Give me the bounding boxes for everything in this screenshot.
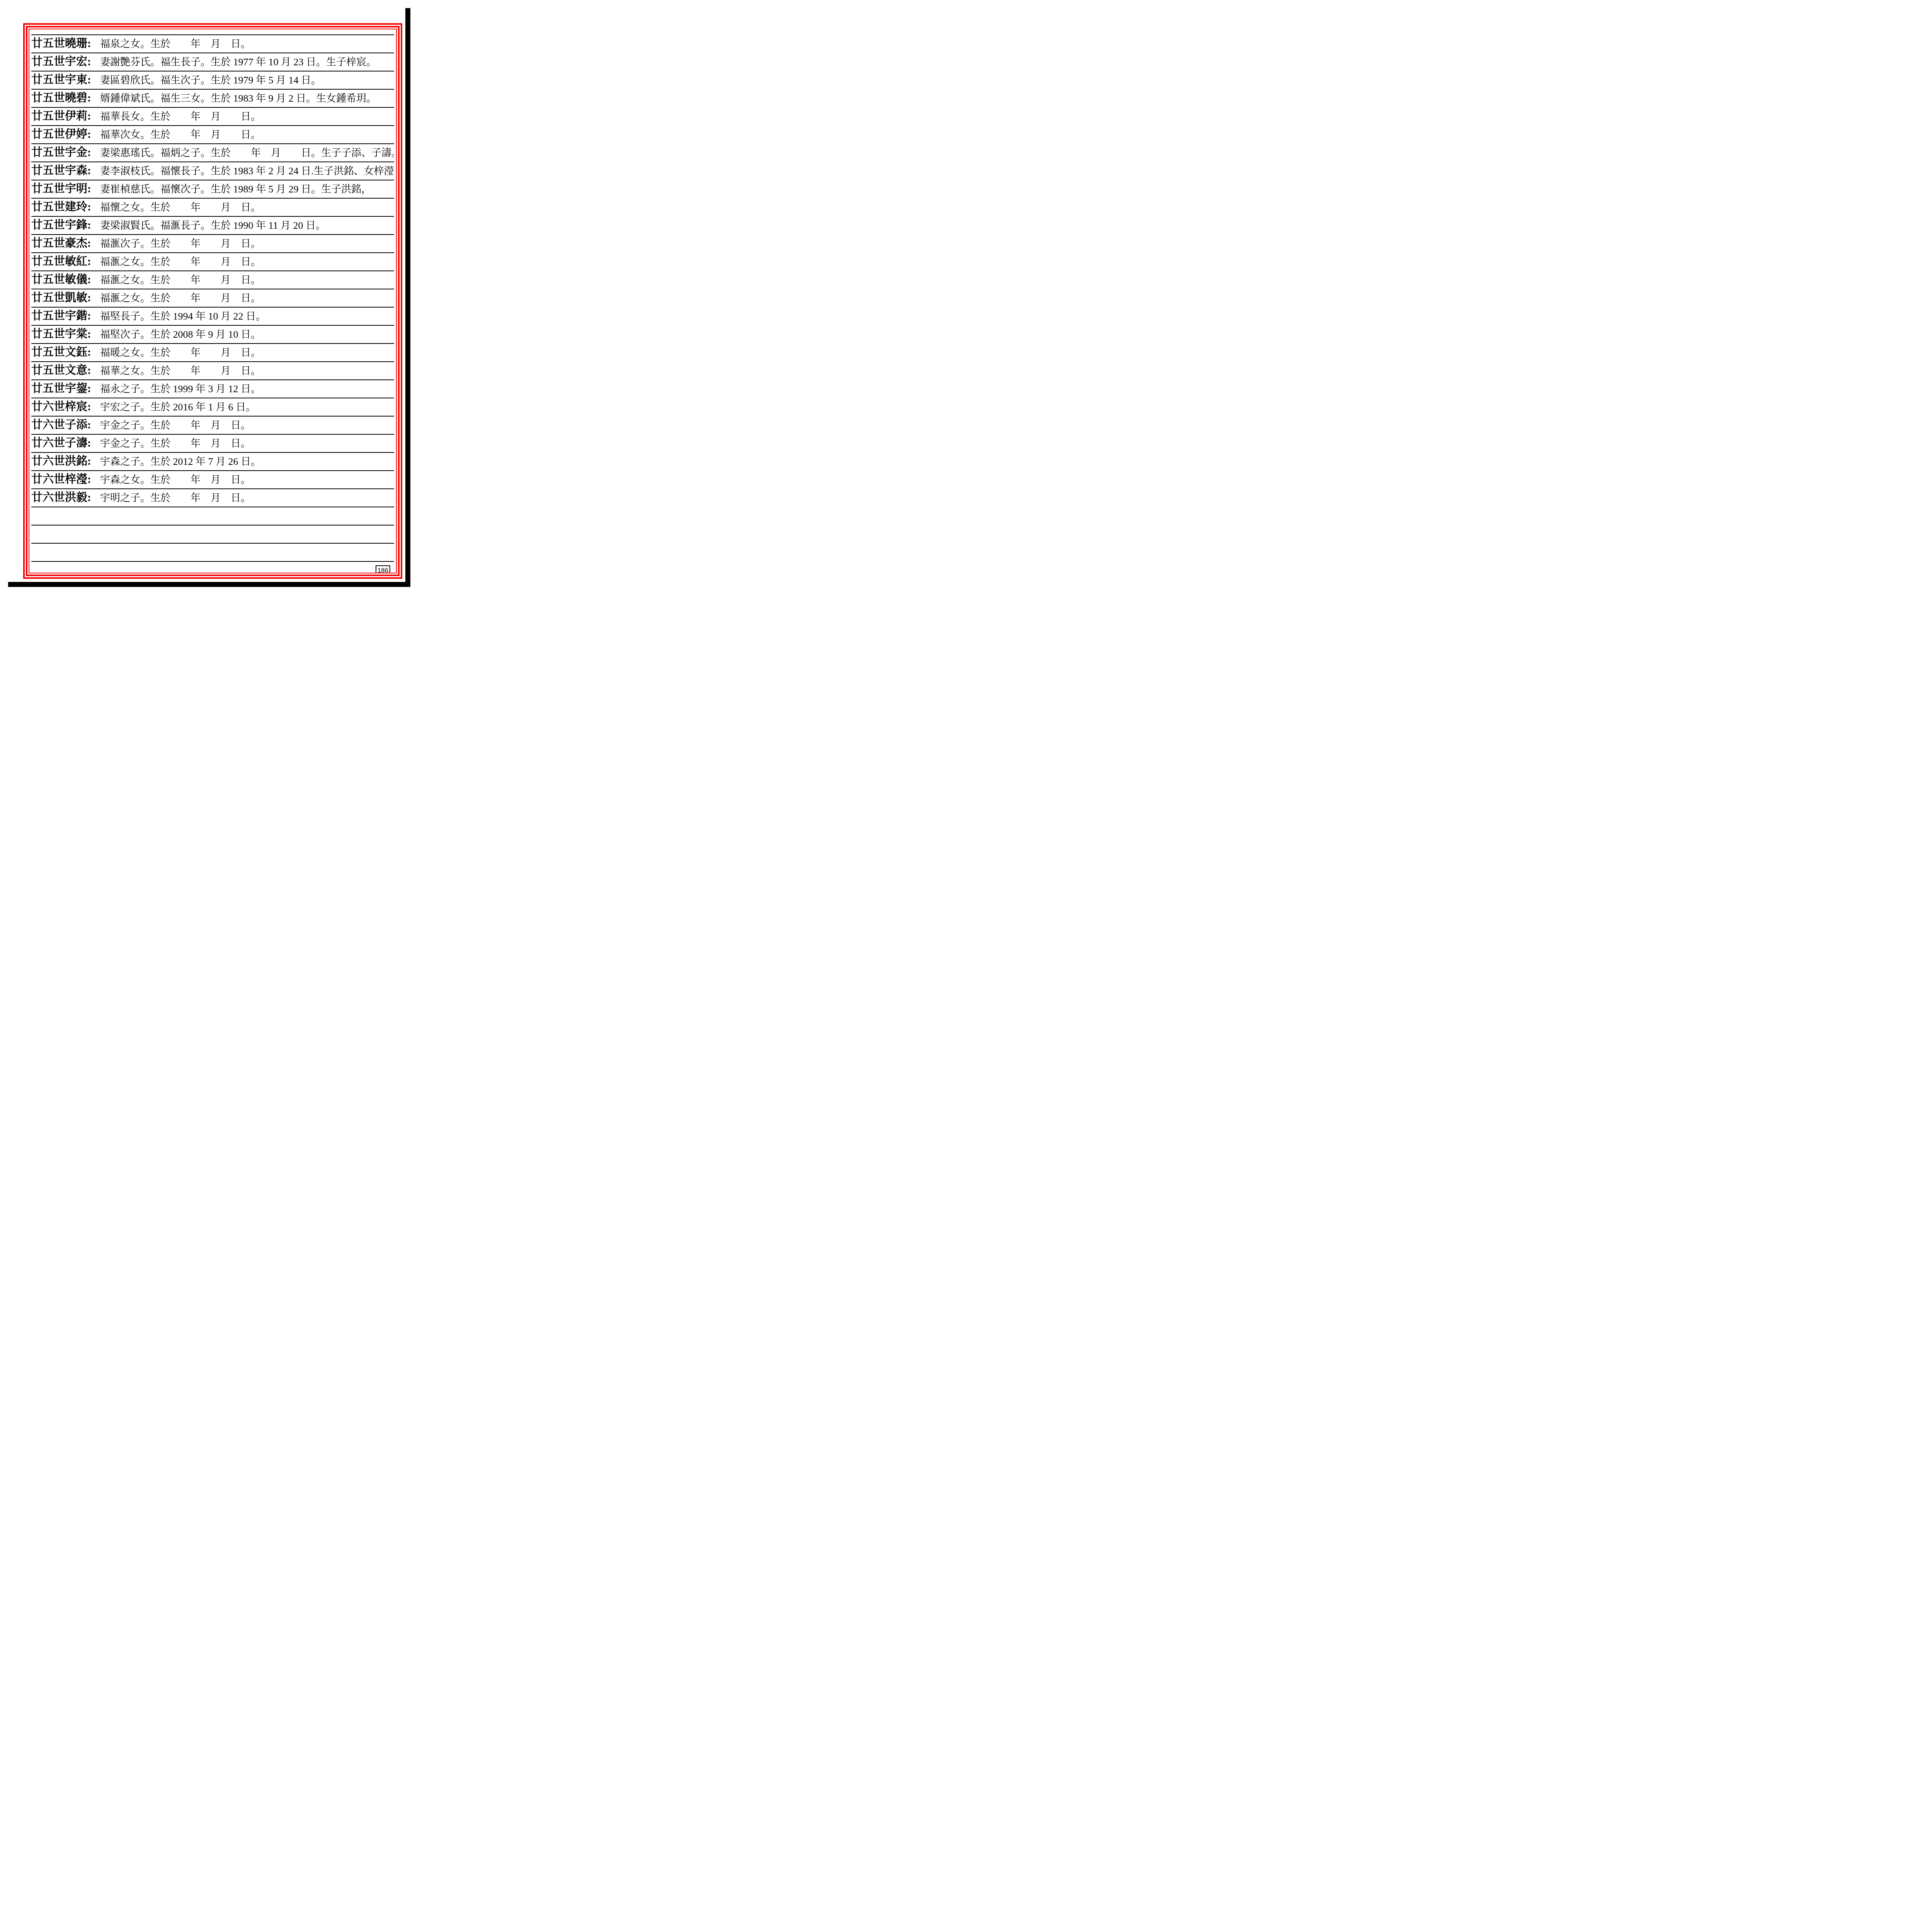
- table-row: 廿五世伊婷:福華次女。生於 年 月 日。: [31, 126, 394, 144]
- table-row: 廿六世洪毅:宇明之子。生於 年 月 日。: [31, 489, 394, 507]
- table-row: 廿五世宇明:妻崔楨慈氏。福懷次子。生於 1989 年 5 月 29 日。生子洪銘…: [31, 180, 394, 199]
- generation-name-label: 廿五世凱敏:: [31, 289, 100, 307]
- table-row: 廿五世文意:福華之女。生於 年 月 日。: [31, 362, 394, 380]
- genealogy-table: 廿五世曉珊:福泉之女。生於 年 月 日。廿五世宇宏:妻謝艷芬氏。福生長子。生於 …: [29, 29, 396, 573]
- table-row: 廿六世洪銘:宇森之子。生於 2012 年 7 月 26 日。: [31, 453, 394, 471]
- record-text: 福滙之女。生於 年 月 日。: [100, 289, 394, 307]
- red-frame-outer: 廿五世曉珊:福泉之女。生於 年 月 日。廿五世宇宏:妻謝艷芬氏。福生長子。生於 …: [23, 23, 402, 579]
- generation-name-label: 廿五世伊婷:: [31, 126, 100, 143]
- record-text: 福懷之女。生於 年 月 日。: [100, 199, 394, 216]
- record-text: 妻區碧欣氏。福生次子。生於 1979 年 5 月 14 日。: [100, 71, 394, 89]
- generation-name-label: 廿五世文鈺:: [31, 344, 100, 361]
- empty-table-row: [31, 507, 394, 526]
- generation-name-label: 廿五世宇鋒:: [31, 217, 100, 234]
- page-number-badge: 186: [376, 565, 390, 573]
- red-frame-inner: 廿五世曉珊:福泉之女。生於 年 月 日。廿五世宇宏:妻謝艷芬氏。福生長子。生於 …: [29, 29, 397, 573]
- record-text: 福滙之女。生於 年 月 日。: [100, 271, 394, 289]
- generation-name-label: 廿六世子濤:: [31, 435, 100, 452]
- table-row: 廿五世伊莉:福華長女。生於 年 月 日。: [31, 108, 394, 126]
- generation-name-label: 廿五世文意:: [31, 362, 100, 379]
- record-text: 福華次女。生於 年 月 日。: [100, 126, 394, 143]
- generation-name-label: 廿五世宇鍇:: [31, 308, 100, 325]
- record-text: 妻梁惠瑤氏。福炳之子。生於 年 月 日。生子子添、子濤。: [100, 144, 394, 162]
- record-text: 福華之女。生於 年 月 日。: [100, 362, 394, 379]
- table-row: 廿五世宇金:妻梁惠瑤氏。福炳之子。生於 年 月 日。生子子添、子濤。: [31, 144, 394, 162]
- generation-name-label: 廿六世梓宸:: [31, 398, 100, 416]
- generation-name-label: 廿五世豪杰:: [31, 235, 100, 252]
- generation-name-label: 廿五世伊莉:: [31, 108, 100, 125]
- table-row: 廿五世曉碧:婿鍾偉斌氏。福生三女。生於 1983 年 9 月 2 日。生女鍾希玥…: [31, 90, 394, 108]
- record-text: 宇金之子。生於 年 月 日。: [100, 435, 394, 452]
- table-row: 廿五世豪杰:福滙次子。生於 年 月 日。: [31, 235, 394, 253]
- generation-name-label: 廿六世子添:: [31, 417, 100, 434]
- record-text: 婿鍾偉斌氏。福生三女。生於 1983 年 9 月 2 日。生女鍾希玥。: [100, 90, 394, 107]
- table-row: 廿五世宇宏:妻謝艷芬氏。福生長子。生於 1977 年 10 月 23 日。生子梓…: [31, 53, 394, 71]
- record-text: 宇森之女。生於 年 月 日。: [100, 471, 394, 488]
- record-text: 宇金之子。生於 年 月 日。: [100, 417, 394, 434]
- generation-name-label: 廿五世宇鋆:: [31, 380, 100, 398]
- table-row: 廿六世梓宸:宇宏之子。生於 2016 年 1 月 6 日。: [31, 398, 394, 417]
- record-text: 福滙次子。生於 年 月 日。: [100, 235, 394, 252]
- generation-name-label: 廿五世宇明:: [31, 180, 100, 198]
- record-text: 妻梁淑賢氏。福滙長子。生於 1990 年 11 月 20 日。: [100, 217, 394, 234]
- generation-name-label: 廿五世敏紅:: [31, 253, 100, 270]
- genealogy-rows: 廿五世曉珊:福泉之女。生於 年 月 日。廿五世宇宏:妻謝艷芬氏。福生長子。生於 …: [31, 34, 394, 573]
- record-text: 福暖之女。生於 年 月 日。: [100, 344, 394, 361]
- record-text: 福堅長子。生於 1994 年 10 月 22 日。: [100, 308, 394, 325]
- table-row: 廿五世敏紅:福滙之女。生於 年 月 日。: [31, 253, 394, 271]
- generation-name-label: 廿五世宇東:: [31, 71, 100, 89]
- red-frame-middle: 廿五世曉珊:福泉之女。生於 年 月 日。廿五世宇宏:妻謝艷芬氏。福生長子。生於 …: [26, 26, 400, 576]
- generation-name-label: 廿六世洪毅:: [31, 489, 100, 507]
- record-text: 妻謝艷芬氏。福生長子。生於 1977 年 10 月 23 日。生子梓宸。: [100, 53, 394, 71]
- empty-table-row: [31, 526, 394, 544]
- table-row: 廿五世文鈺:福暖之女。生於 年 月 日。: [31, 344, 394, 362]
- record-text: 福泉之女。生於 年 月 日。: [100, 35, 394, 53]
- table-row: 廿六世子濤:宇金之子。生於 年 月 日。: [31, 435, 394, 453]
- table-row: 廿五世敏儀:福滙之女。生於 年 月 日。: [31, 271, 394, 289]
- table-row: 廿五世宇鍇:福堅長子。生於 1994 年 10 月 22 日。: [31, 308, 394, 326]
- generation-name-label: 廿五世宇金:: [31, 144, 100, 162]
- generation-name-label: 廿五世宇森:: [31, 162, 100, 180]
- table-row: 廿五世建玲:福懷之女。生於 年 月 日。: [31, 199, 394, 217]
- table-row: 廿五世宇鋆:福永之子。生於 1999 年 3 月 12 日。: [31, 380, 394, 398]
- table-row: 廿五世宇森:妻李淑枝氏。福懷長子。生於 1983 年 2 月 24 日.生子洪銘…: [31, 162, 394, 180]
- record-text: 妻李淑枝氏。福懷長子。生於 1983 年 2 月 24 日.生子洪銘、女梓瀅: [100, 162, 394, 180]
- generation-name-label: 廿五世建玲:: [31, 199, 100, 216]
- record-text: 福華長女。生於 年 月 日。: [100, 108, 394, 125]
- record-text: 宇明之子。生於 年 月 日。: [100, 489, 394, 507]
- generation-name-label: 廿五世宇宏:: [31, 53, 100, 71]
- generation-name-label: 廿五世曉珊:: [31, 35, 100, 53]
- record-text: 宇宏之子。生於 2016 年 1 月 6 日。: [100, 398, 394, 416]
- generation-name-label: 廿五世曉碧:: [31, 90, 100, 107]
- table-row: 廿六世梓瀅:宇森之女。生於 年 月 日。: [31, 471, 394, 489]
- table-row: 廿五世宇鋒:妻梁淑賢氏。福滙長子。生於 1990 年 11 月 20 日。: [31, 217, 394, 235]
- table-row: 廿六世子添:宇金之子。生於 年 月 日。: [31, 417, 394, 435]
- record-text: 福永之子。生於 1999 年 3 月 12 日。: [100, 380, 394, 398]
- generation-name-label: 廿六世梓瀅:: [31, 471, 100, 488]
- record-text: 妻崔楨慈氏。福懷次子。生於 1989 年 5 月 29 日。生子洪銘，: [100, 180, 394, 198]
- record-text: 宇森之子。生於 2012 年 7 月 26 日。: [100, 453, 394, 470]
- generation-name-label: 廿五世敏儀:: [31, 271, 100, 289]
- record-text: 福滙之女。生於 年 月 日。: [100, 253, 394, 270]
- scanned-page: 廿五世曉珊:福泉之女。生於 年 月 日。廿五世宇宏:妻謝艷芬氏。福生長子。生於 …: [3, 3, 405, 582]
- generation-name-label: 廿六世洪銘:: [31, 453, 100, 470]
- table-row: 廿五世凱敏:福滙之女。生於 年 月 日。: [31, 289, 394, 308]
- page-number-row: 186: [31, 562, 394, 573]
- empty-table-row: [31, 544, 394, 562]
- generation-name-label: 廿五世宇棠:: [31, 326, 100, 343]
- table-row: 廿五世宇棠:福堅次子。生於 2008 年 9 月 10 日。: [31, 326, 394, 344]
- table-row: 廿五世曉珊:福泉之女。生於 年 月 日。: [31, 35, 394, 53]
- table-row: 廿五世宇東:妻區碧欣氏。福生次子。生於 1979 年 5 月 14 日。: [31, 71, 394, 90]
- record-text: 福堅次子。生於 2008 年 9 月 10 日。: [100, 326, 394, 343]
